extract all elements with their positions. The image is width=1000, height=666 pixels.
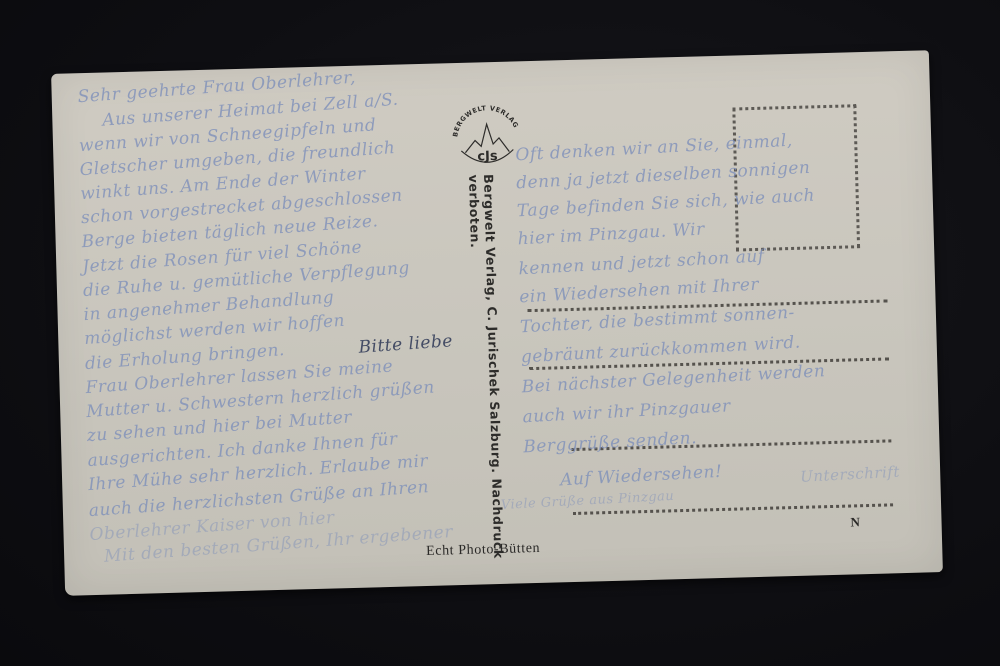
handwritten-line: auch wir ihr Pinzgauer: [522, 396, 731, 427]
paper-label: Echt Photo-Bütten: [426, 541, 540, 560]
svg-text:BERGWELT VERLAG: BERGWELT VERLAG: [450, 103, 520, 138]
handwritten-line: kennen und jetzt schon auf: [518, 246, 765, 279]
signature: Unterschrift: [800, 463, 901, 486]
left-message: Sehr geehrte Frau Oberlehrer, Aus unsere…: [51, 50, 929, 74]
handwritten-line: hier im Pinzgau. Wir: [517, 219, 705, 249]
corner-mark: N: [850, 514, 860, 530]
svg-text:cJs: cJs: [477, 149, 498, 165]
right-message: Oft denken wir an Sie, einmal, denn ja j…: [51, 50, 929, 74]
postcard: Sehr geehrte Frau Oberlehrer, Aus unsere…: [51, 50, 943, 596]
handwritten-line: Auf Wiedersehen!: [560, 462, 723, 491]
handwritten-line: ein Wiedersehen mit Ihrer: [519, 275, 760, 308]
handwritten-line: Bitte liebe: [358, 331, 454, 358]
publisher-imprint: Bergwelt Verlag, C. Jurischek Salzburg. …: [466, 174, 507, 585]
handwritten-line: Berggrüße senden.: [523, 428, 698, 457]
